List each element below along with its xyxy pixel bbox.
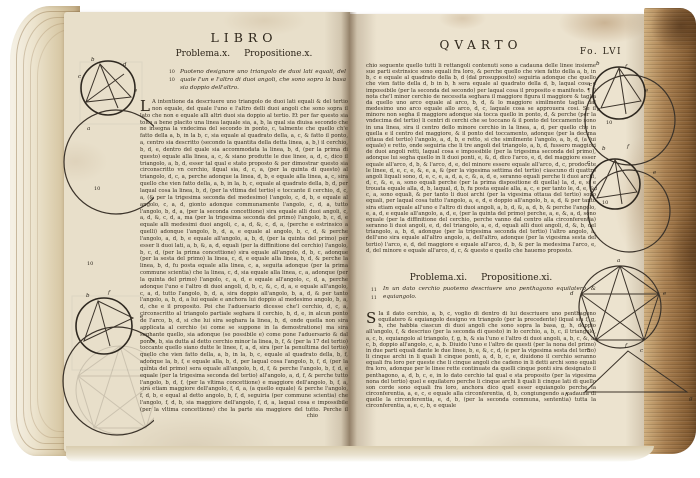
figure-circle-triangle-1: b d c e a 10 [64, 57, 154, 214]
problem-heading-xi: Problema.xi. [410, 273, 467, 283]
diagram-label: b [596, 61, 600, 67]
diagram-label: b [587, 348, 591, 354]
diagram-label: a [617, 258, 620, 264]
proposition-heading-x: Propositione.x. [244, 49, 312, 59]
heading-row-prop-x: Problema.x. Propositione.x. [140, 49, 348, 59]
diagram-label: e [140, 314, 144, 320]
diagram-label: c [78, 74, 81, 80]
figure-number: 10 [87, 261, 93, 267]
diagram-label: f [626, 144, 630, 150]
diagram-label: g [689, 396, 693, 402]
right-margin-figures: b f c e a 10 b f c e a 10 a d e [556, 54, 700, 446]
diagram-label: d [570, 291, 574, 297]
running-title-left: LIBRO [140, 30, 348, 45]
diagram-label: c [640, 348, 643, 354]
catchword: chio [240, 413, 318, 419]
diagram-label: c [589, 82, 592, 88]
diagram-label: d [123, 62, 127, 68]
statement-margin-number: 10 [169, 70, 175, 75]
statement-margin-number: 10 [169, 78, 175, 83]
bottom-page-edges [66, 446, 654, 462]
diagram-label: a [597, 107, 600, 113]
diagram-label: c [587, 160, 590, 166]
figure-pentagon-in-circle: a d e b c [570, 258, 667, 354]
proposition-statement-x: Puoteno designare uno triangolo de duoi … [180, 69, 346, 92]
figure-circle-triangle-2: b f e [63, 290, 154, 435]
figure-circle-triangle-3: b f c e a 10 [585, 61, 675, 165]
diagram-label: h [565, 392, 569, 398]
diagram-label: a [87, 126, 90, 132]
body-text-left-content: A intentione da descriuere uno triangolo… [140, 99, 348, 413]
diagram-label: e [653, 170, 657, 176]
statement-margin-number: 11 [371, 288, 377, 293]
diagram-label: e [663, 291, 667, 297]
left-margin-figures: b d c e a 10 10 b f e [58, 50, 154, 452]
problem-heading-x: Problema.x. [176, 49, 230, 59]
diagram-label: a [594, 186, 597, 192]
body-text-left: LA intentione da descriuere uno triangol… [140, 99, 348, 413]
diagram-label: b [91, 57, 95, 63]
diagram-label: b [86, 293, 90, 299]
showthrough-pentagon [76, 346, 154, 434]
figure-triangle-fgh: f h g [565, 343, 693, 402]
figure-number: 10 [606, 120, 612, 126]
proposition-heading-xi: Propositione.xi. [481, 273, 552, 283]
diagram-label: e [134, 88, 138, 94]
diagram-label: e [645, 88, 649, 94]
antique-book-photo: LIBRO Problema.x. Propositione.x. 10 10 … [0, 0, 700, 478]
figure-number: 10 [94, 186, 100, 192]
drop-cap-S: S [366, 312, 376, 324]
figure-circle-triangle-4: b f c e a 10 [587, 144, 670, 252]
diagram-label: f [107, 290, 111, 296]
statement-margin-number: 11 [371, 296, 377, 301]
figure-number: 10 [602, 200, 608, 206]
diagram-label: b [602, 146, 606, 152]
diagram-label: f [624, 343, 628, 349]
